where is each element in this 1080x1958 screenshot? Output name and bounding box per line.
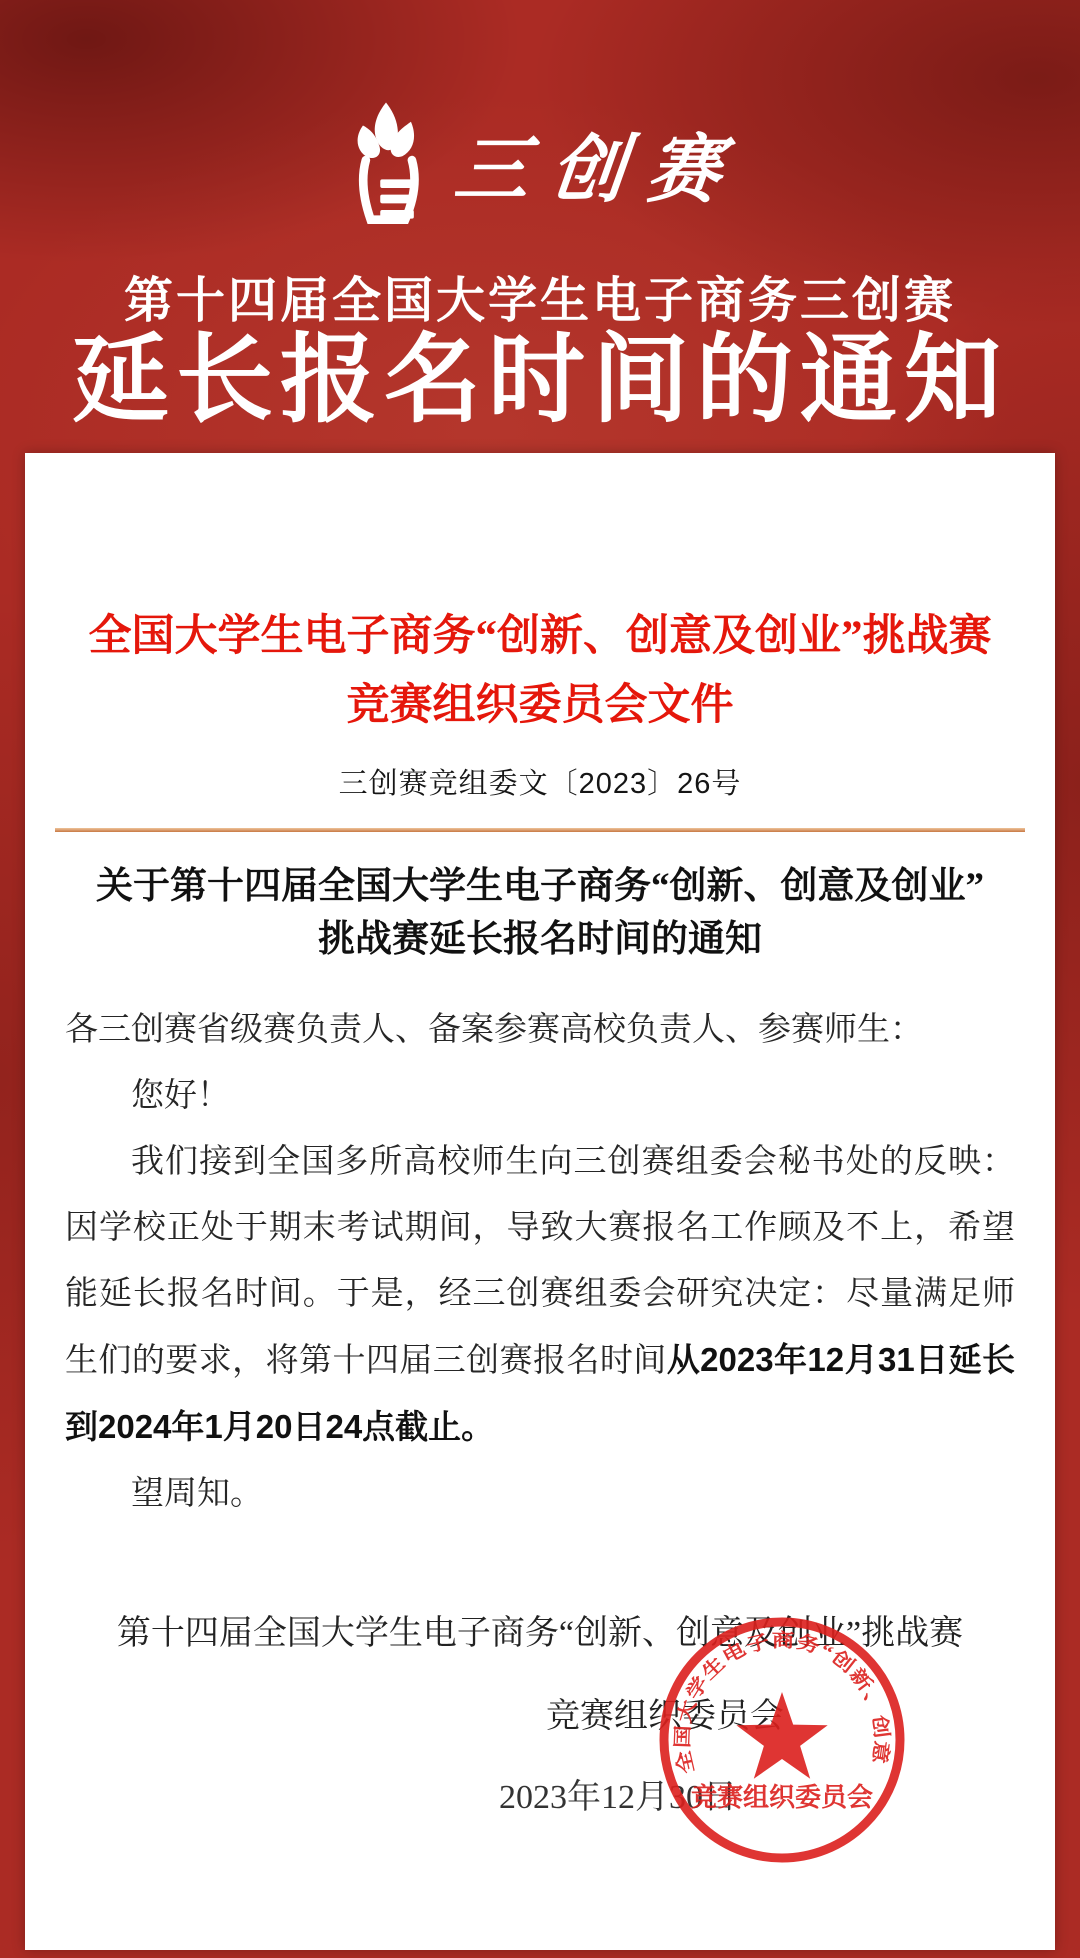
letter-body: 各三创赛省级赛负责人、备案参赛高校负责人、参赛师生： 您好！ 我们接到全国多所高… [65,997,1015,1527]
subject-heading: 关于第十四届全国大学生电子商务“创新、创意及创业” 挑战赛延长报名时间的通知 [65,860,1015,967]
org-heading-line2: 竞赛组织委员会文件 [65,672,1015,741]
signature-block: 第十四届全国大学生电子商务“创新、创意及创业”挑战赛 竞赛组织委员会 2023年… [65,1605,1015,1818]
logo: 三创赛 [0,100,1080,226]
org-heading: 全国大学生电子商务“创新、创意及创业”挑战赛 竞赛组织委员会文件 [65,603,1015,741]
red-divider-line [55,828,1025,832]
signature-date: 2023年12月30日 [143,1769,1080,1818]
org-heading-line1: 全国大学生电子商务“创新、创意及创业”挑战赛 [65,603,1015,672]
poster-title: 延长报名时间的通知 [0,328,1080,435]
torch-flame-icon [338,100,434,226]
salutation: 各三创赛省级赛负责人、备案参赛高校负责人、参赛师生： [65,997,1015,1063]
logo-wordmark: 三创赛 [449,134,747,226]
main-paragraph: 我们接到全国多所高校师生向三创赛组委会秘书处的反映：因学校正处于期末考试期间，导… [65,1129,1015,1461]
greeting: 您好！ [65,1063,1015,1129]
doc-number: 三创赛竞组委文〔2023〕26号 [65,761,1015,802]
subject-line1: 关于第十四届全国大学生电子商务“创新、创意及创业” [65,860,1015,914]
subject-line2: 挑战赛延长报名时间的通知 [65,913,1015,967]
signature-org-line2: 竞赛组织委员会 [190,1688,1080,1737]
document-card: 全国大学生电子商务“创新、创意及创业”挑战赛 竞赛组织委员会文件 三创赛竞组委文… [25,453,1055,1950]
poster-subtitle: 第十四届全国大学生电子商务三创赛 [0,262,1080,332]
closing-line: 望周知。 [65,1461,1015,1527]
notice-poster: 三创赛 第十四届全国大学生电子商务三创赛 延长报名时间的通知 全国大学生电子商务… [0,0,1080,1958]
signature-org-line1: 第十四届全国大学生电子商务“创新、创意及创业”挑战赛 [65,1605,1015,1654]
